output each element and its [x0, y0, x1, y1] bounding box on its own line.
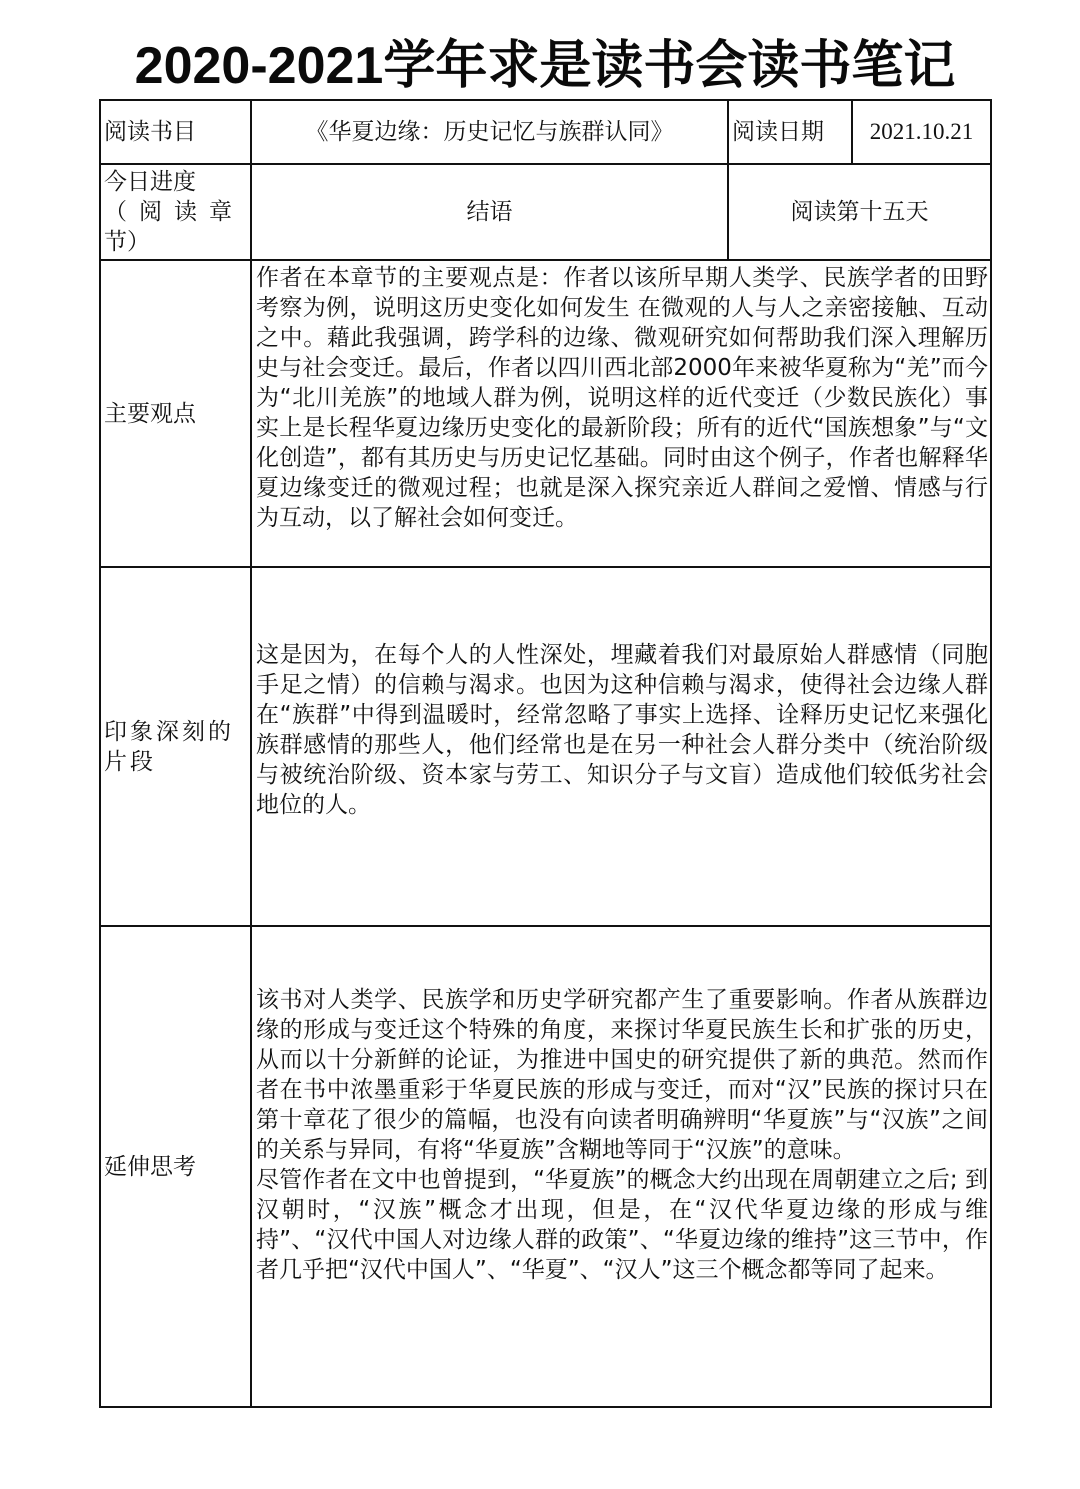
reflection-text: 该书对人类学、民族学和历史学研究都产生了重要影响。作者从族群边缘的形成与变迁这个… — [251, 926, 991, 1407]
date-label: 阅读日期 — [728, 100, 852, 164]
page-title: 2020-2021学年求是读书会读书笔记 — [0, 34, 1080, 98]
reflection-paragraph-2: 尽管作者在文中也曾提到，“华夏族”的概念大约出现在周朝建立之后; 到汉朝时，“汉… — [256, 1165, 988, 1285]
book-title: 《华夏边缘：历史记忆与族群认同》 — [251, 100, 728, 164]
impressive-row: 印象深刻的 片段 这是因为，在每个人的人性深处，埋藏着我们对最原始人群感情（同胞… — [100, 567, 991, 926]
impressive-text: 这是因为，在每个人的人性深处，埋藏着我们对最原始人群感情（同胞手足之情）的信赖与… — [251, 567, 991, 926]
main-points-paragraph: 作者在本章节的主要观点是：作者以该所早期人类学、民族学者的田野考察为例，说明这历… — [256, 263, 988, 533]
book-row: 阅读书目 《华夏边缘：历史记忆与族群认同》 阅读日期 2021.10.21 — [100, 100, 991, 164]
impressive-paragraph: 这是因为，在每个人的人性深处，埋藏着我们对最原始人群感情（同胞手足之情）的信赖与… — [256, 640, 988, 820]
main-points-text: 作者在本章节的主要观点是：作者以该所早期人类学、民族学者的田野考察为例，说明这历… — [251, 260, 991, 567]
main-points-label: 主要观点 — [100, 260, 251, 567]
reading-notes-table: 阅读书目 《华夏边缘：历史记忆与族群认同》 阅读日期 2021.10.21 今日… — [99, 99, 992, 1408]
impressive-label: 印象深刻的 片段 — [100, 567, 251, 926]
progress-label: 今日进度 （阅读章 节） — [100, 164, 251, 260]
progress-label-line2: （阅读章 — [104, 197, 250, 227]
impressive-label-line1: 印象深刻的 — [104, 717, 250, 747]
impressive-label-line2: 片段 — [104, 747, 250, 777]
main-points-row: 主要观点 作者在本章节的主要观点是：作者以该所早期人类学、民族学者的田野考察为例… — [100, 260, 991, 567]
reading-date: 2021.10.21 — [852, 100, 991, 164]
progress-label-line1: 今日进度 — [104, 167, 250, 197]
progress-day: 阅读第十五天 — [728, 164, 991, 260]
reflection-paragraph-1: 该书对人类学、民族学和历史学研究都产生了重要影响。作者从族群边缘的形成与变迁这个… — [256, 985, 988, 1165]
progress-label-line3: 节） — [104, 227, 250, 257]
progress-row: 今日进度 （阅读章 节） 结语 阅读第十五天 — [100, 164, 991, 260]
reflection-label: 延伸思考 — [100, 926, 251, 1407]
reflection-row: 延伸思考 该书对人类学、民族学和历史学研究都产生了重要影响。作者从族群边缘的形成… — [100, 926, 991, 1407]
progress-chapter: 结语 — [251, 164, 728, 260]
book-label: 阅读书目 — [100, 100, 251, 164]
